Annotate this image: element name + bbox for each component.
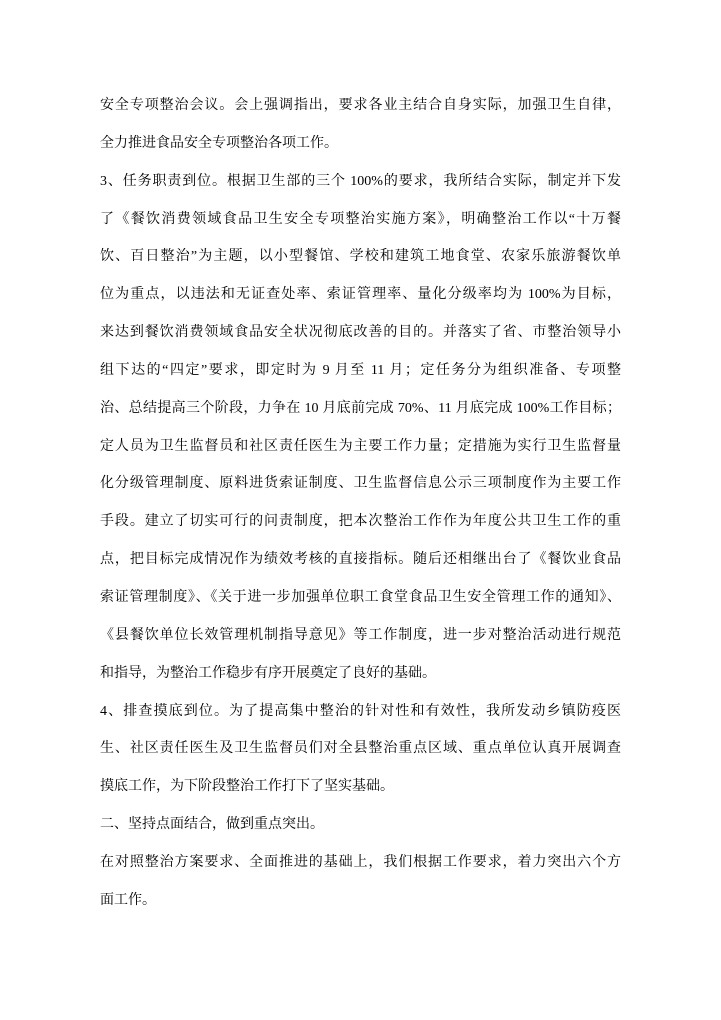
text-line: 二、坚持点面结合，做到重点突出。 xyxy=(100,806,621,844)
text-line: 摸底工作，为下阶段整治工作打下了坚实基础。 xyxy=(100,768,621,806)
text-line: 手段。建立了切实可行的问责制度，把本次整治工作作为年度公共卫生工作的重 xyxy=(100,503,621,541)
text-line: 安全专项整治会议。会上强调指出，要求各业主结合自身实际，加强卫生自律， xyxy=(100,87,621,125)
text-line: 在对照整治方案要求、全面推进的基础上，我们根据工作要求，着力突出六个方 xyxy=(100,844,621,882)
text-line: 面工作。 xyxy=(100,882,621,920)
text-line: 来达到餐饮消费领域食品安全状况彻底改善的目的。并落实了省、市整治领导小 xyxy=(100,314,621,352)
document-text: 安全专项整治会议。会上强调指出，要求各业主结合自身实际，加强卫生自律， 全力推进… xyxy=(100,87,621,920)
text-line: 和指导，为整治工作稳步有序开展奠定了良好的基础。 xyxy=(100,655,621,693)
text-line: 点，把目标完成情况作为绩效考核的直接指标。随后还相继出台了《餐饮业食品 xyxy=(100,541,621,579)
text-line: 定人员为卫生监督员和社区责任医生为主要工作力量；定措施为实行卫生监督量 xyxy=(100,428,621,466)
document-page: 安全专项整治会议。会上强调指出，要求各业主结合自身实际，加强卫生自律， 全力推进… xyxy=(0,0,721,1020)
text-line: 《县餐饮单位长效管理机制指导意见》等工作制度，进一步对整治活动进行规范 xyxy=(100,617,621,655)
text-line: 全力推进食品安全专项整治各项工作。 xyxy=(100,125,621,163)
text-line: 了《餐饮消费领域食品卫生安全专项整治实施方案》，明确整治工作以“十万餐 xyxy=(100,201,621,239)
text-line: 索证管理制度》、《关于进一步加强单位职工食堂食品卫生安全管理工作的通知》、 xyxy=(100,579,621,617)
text-line: 4、排查摸底到位。为了提高集中整治的针对性和有效性，我所发动乡镇防疫医 xyxy=(100,693,621,731)
text-line: 治、总结提高三个阶段，力争在 10 月底前完成 70%、11 月底完成 100%… xyxy=(100,390,621,428)
text-line: 生、社区责任医生及卫生监督员们对全县整治重点区域、重点单位认真开展调查 xyxy=(100,730,621,768)
text-line: 化分级管理制度、原料进货索证制度、卫生监督信息公示三项制度作为主要工作 xyxy=(100,465,621,503)
text-line: 位为重点，以违法和无证查处率、索证管理率、量化分级率均为 100%为目标， xyxy=(100,276,621,314)
text-line: 组下达的“四定”要求，即定时为 9 月至 11 月；定任务分为组织准备、专项整 xyxy=(100,352,621,390)
text-line: 3、任务职责到位。根据卫生部的三个 100%的要求，我所结合实际，制定并下发 xyxy=(100,163,621,201)
text-line: 饮、百日整治”为主题，以小型餐馆、学校和建筑工地食堂、农家乐旅游餐饮单 xyxy=(100,238,621,276)
